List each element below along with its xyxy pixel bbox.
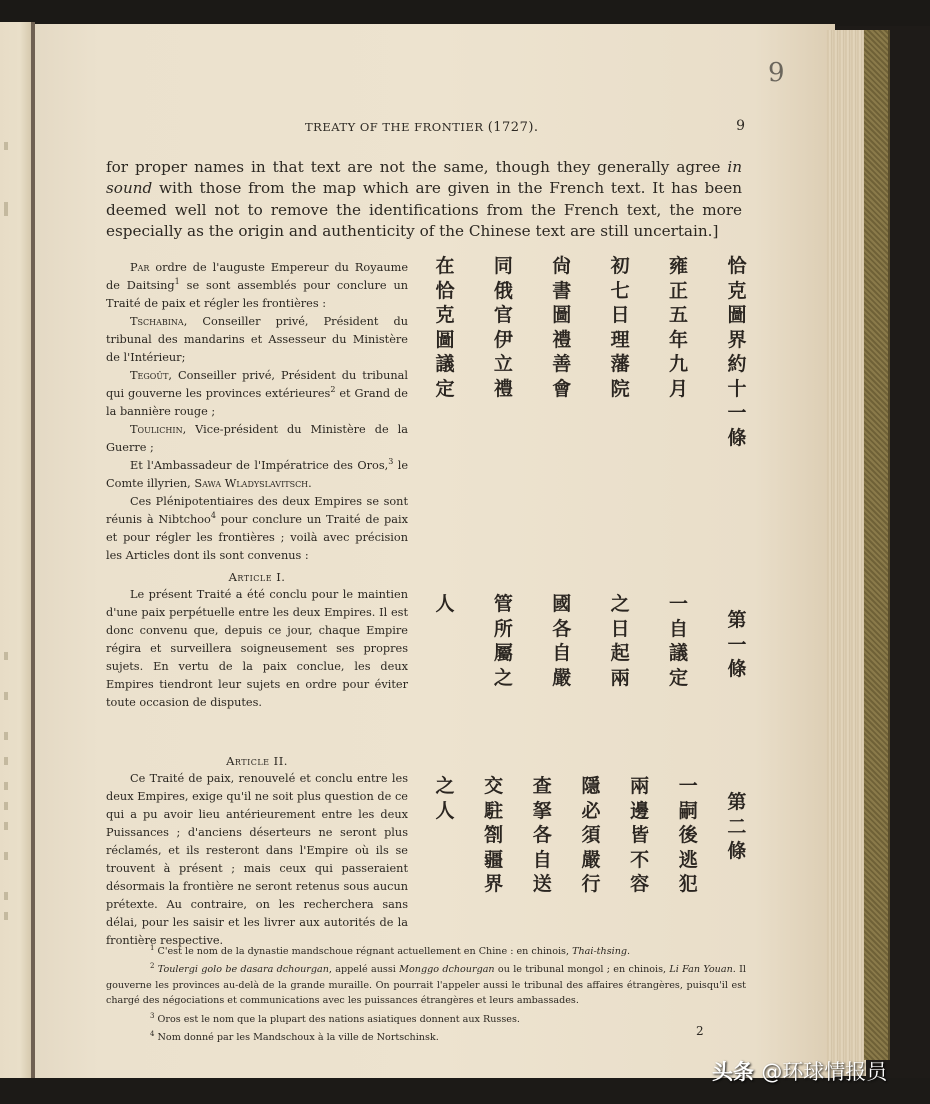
chinese-column: 一自議定 <box>668 592 690 690</box>
footnotes: 1 C'est le nom de la dynastie mandschoue… <box>106 941 746 1046</box>
article-2-french: Article II. Ce Traité de paix, renouvelé… <box>106 752 408 950</box>
chinese-column: 尙書圖禮善會 <box>551 254 573 450</box>
chinese-column: 初七日理藩院 <box>609 254 631 450</box>
watermark: 头条 @环球情报员 <box>712 1056 887 1086</box>
left-page-edge <box>0 22 33 1080</box>
preamble-paragraph: Tegoût, Conseiller privé, Président du t… <box>106 367 408 421</box>
chinese-column: 兩邊皆不容 <box>629 774 651 897</box>
article-1-heading: Article I. <box>106 568 408 586</box>
chinese-column: 之人 <box>434 774 456 897</box>
chinese-column: 交駐劄疆界 <box>483 774 505 897</box>
chinese-column: 同俄官伊立禮 <box>492 254 514 450</box>
preamble-french: Par ordre de l'auguste Empereur du Royau… <box>106 259 408 565</box>
corner-page-number: 9 <box>768 58 785 88</box>
chinese-column: 查拏各自送 <box>531 774 553 897</box>
chinese-column: 國各自嚴 <box>551 592 573 690</box>
chinese-column: 一嗣後逃犯 <box>677 774 699 897</box>
chinese-column: 隱必須嚴行 <box>580 774 602 897</box>
preamble-paragraph: Par ordre de l'auguste Empereur du Royau… <box>106 259 408 313</box>
chinese-column: 第二條 <box>726 774 748 897</box>
preamble-paragraph: Tschabina, Conseiller privé, Président d… <box>106 313 408 367</box>
chinese-column: 恰克圖界約十一條 <box>726 254 748 450</box>
chinese-column: 雍正五年九月 <box>668 254 690 450</box>
chinese-column: 人 <box>434 592 456 690</box>
article-1-french: Article I. Le présent Traité a été concl… <box>106 568 408 712</box>
footnote-4: 4 Nom donné par les Mandschoux à la vill… <box>106 1027 746 1045</box>
page-edges <box>826 30 866 1076</box>
preamble-chinese: 恰克圖界約十一條 雍正五年九月 初七日理藩院 尙書圖禮善會 同俄官伊立禮 在恰克… <box>434 254 748 450</box>
chinese-column: 在恰克圖議定 <box>434 254 456 450</box>
preamble-paragraph: Et l'Ambassadeur de l'Impératrice des Or… <box>106 457 408 493</box>
watermark-brand: 头条 <box>712 1060 754 1084</box>
chinese-column: 之日起兩 <box>609 592 631 690</box>
chinese-column: 管所屬之 <box>492 592 514 690</box>
background-top <box>0 0 930 26</box>
book-cover-edge <box>864 30 890 1060</box>
footnote-3: 3 Oros est le nom que la plupart des nat… <box>106 1009 746 1027</box>
article-2-heading: Article II. <box>106 752 408 770</box>
article-2-chinese: 第二條 一嗣後逃犯 兩邊皆不容 隱必須嚴行 查拏各自送 交駐劄疆界 之人 <box>434 774 748 897</box>
signature-mark: 2 <box>696 1024 704 1038</box>
article-1-chinese: 第一條 一自議定 之日起兩 國各自嚴 管所屬之 人 <box>434 592 748 690</box>
running-head: TREATY OF THE FRONTIER (1727). 9 <box>105 118 745 138</box>
page-number: 9 <box>736 118 745 134</box>
intro-paragraph: for proper names in that text are not th… <box>106 157 742 242</box>
footnote-1: 1 C'est le nom de la dynastie mandschoue… <box>106 941 746 959</box>
preamble-paragraph: Toulichin, Vice-président du Ministère d… <box>106 421 408 457</box>
article-2-text: Ce Traité de paix, renouvelé et conclu e… <box>106 770 408 950</box>
chinese-column: 第一條 <box>726 592 748 690</box>
footnote-2: 2 Toulergi golo be dasara dchourgan, app… <box>106 959 746 1008</box>
article-1-text: Le présent Traité a été conclu pour le m… <box>106 586 408 712</box>
watermark-handle: @环球情报员 <box>761 1060 887 1084</box>
running-title: TREATY OF THE FRONTIER (1727). <box>305 120 539 135</box>
preamble-paragraph: Ces Plénipotentiaires des deux Empires s… <box>106 493 408 565</box>
